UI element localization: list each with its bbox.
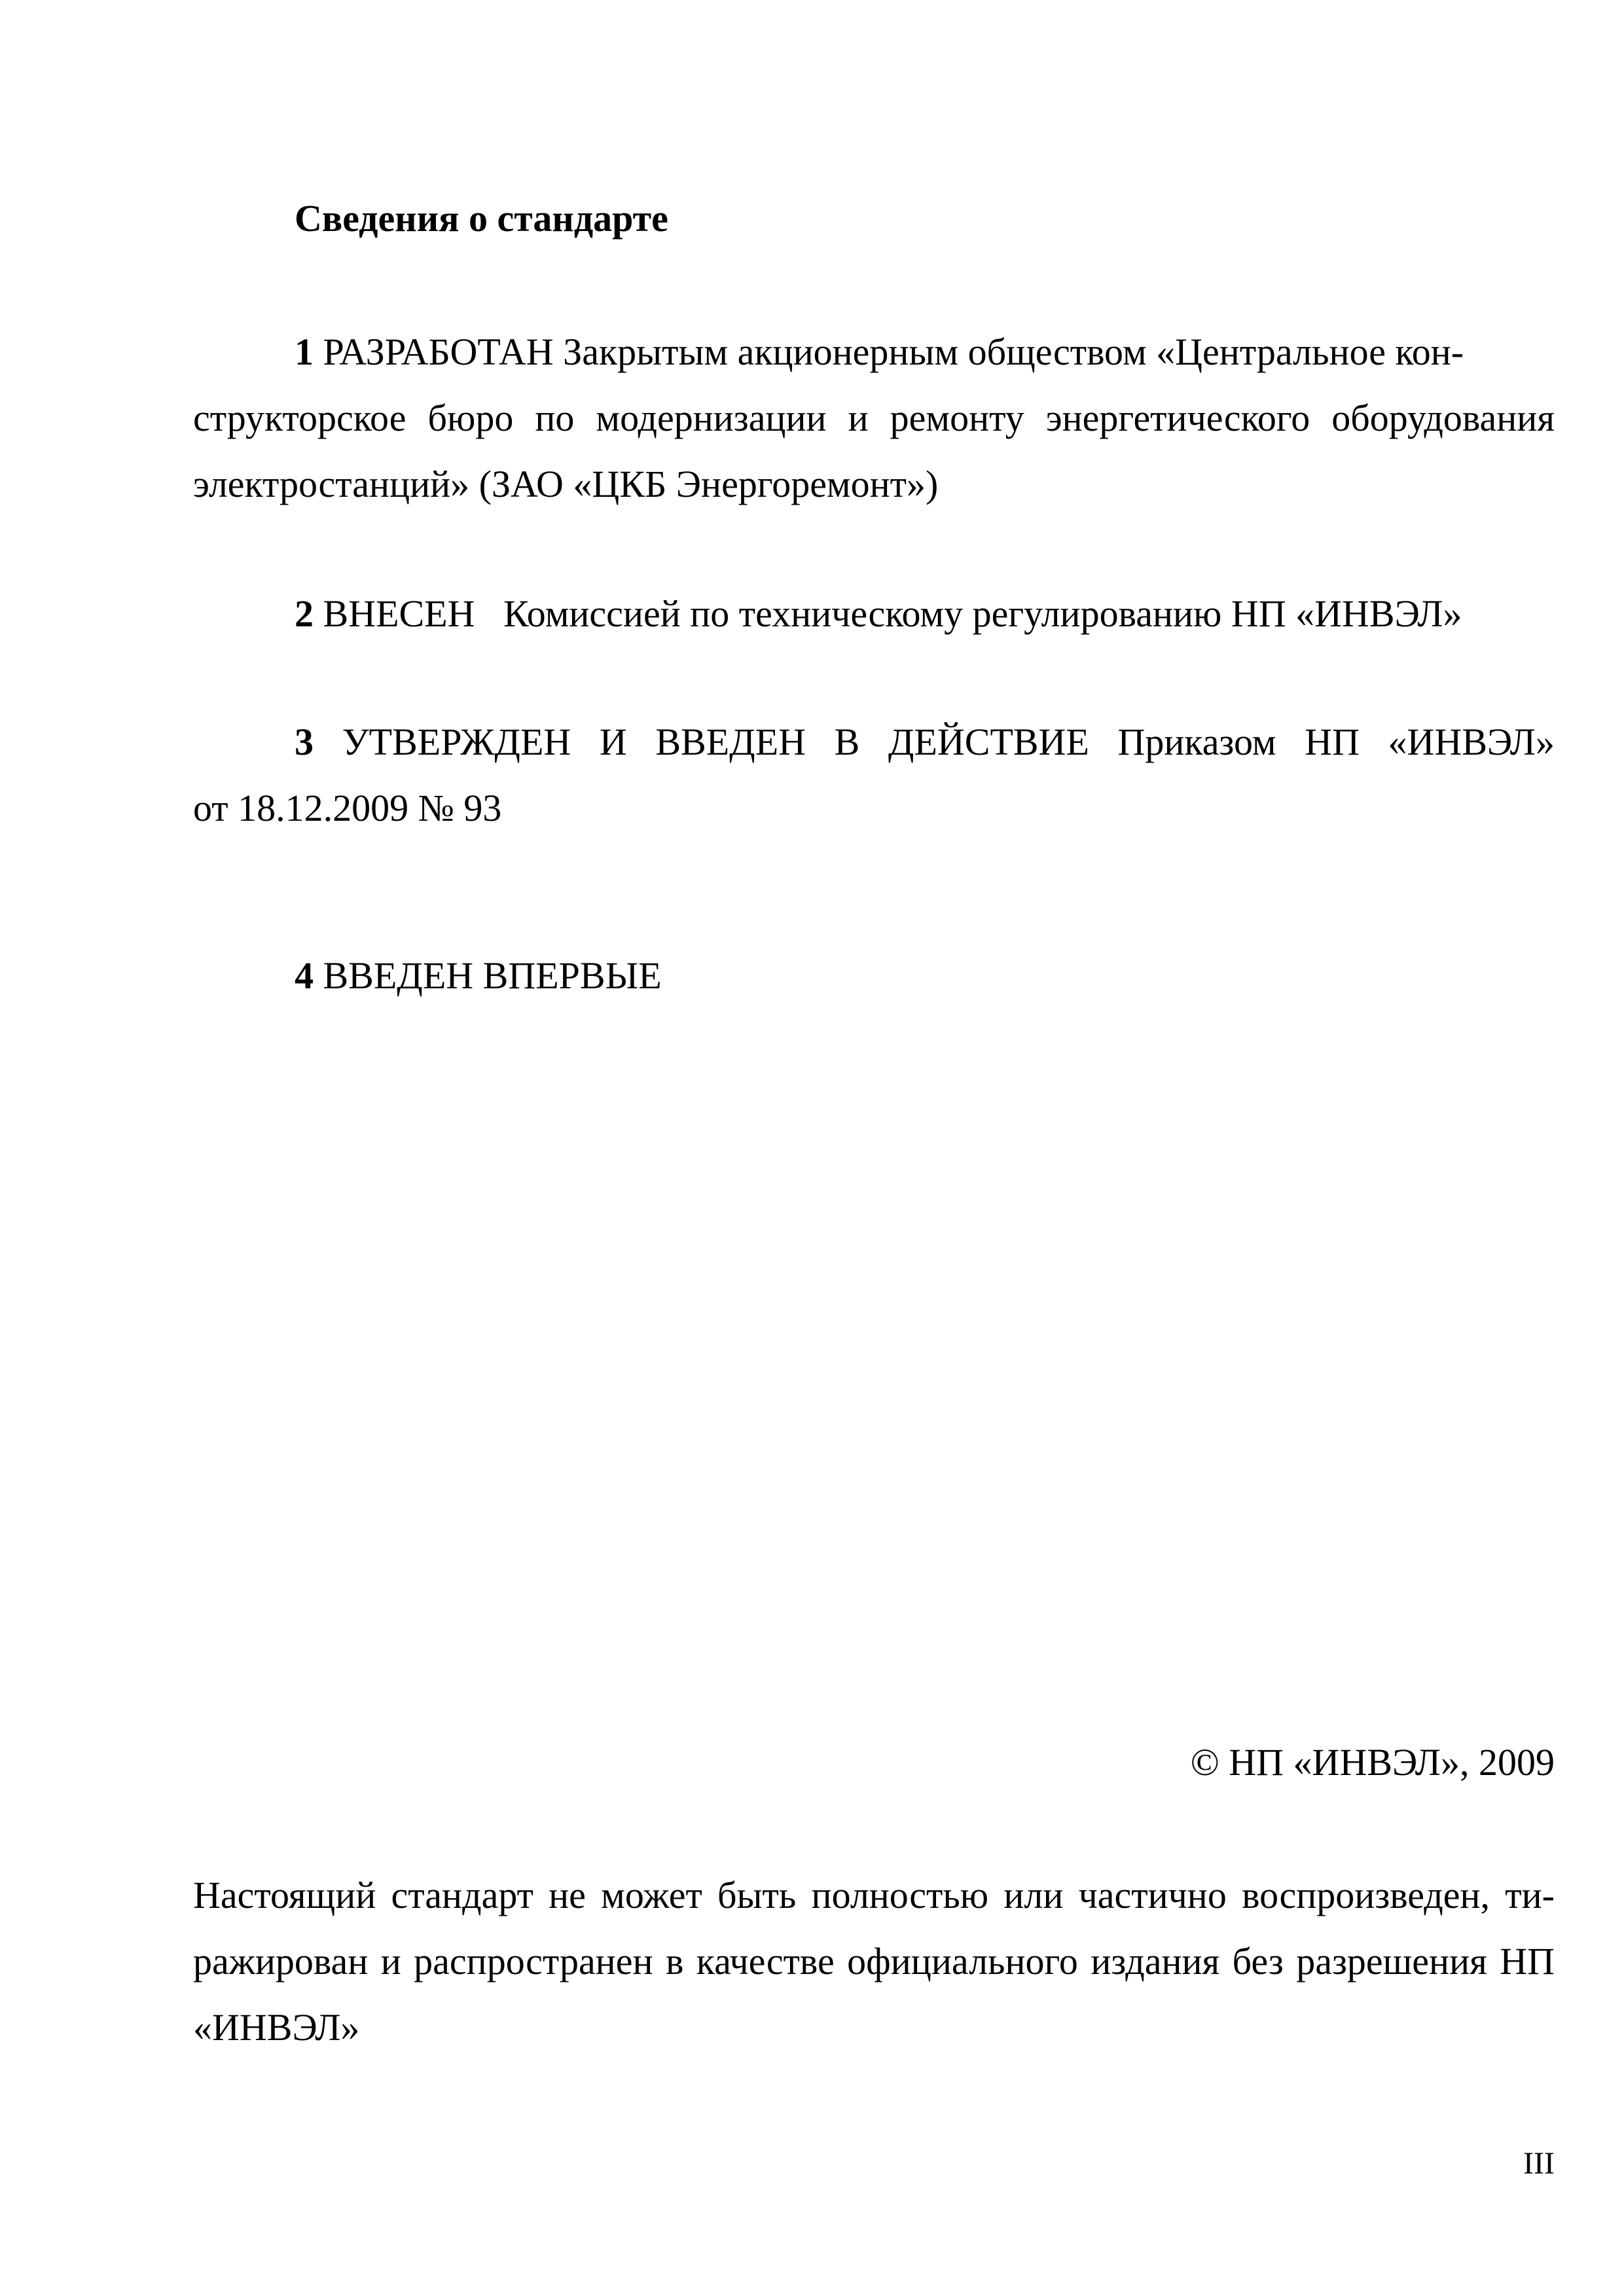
item-number: 1 xyxy=(295,331,314,373)
reproduction-notice: Настоящий стандарт не может быть полност… xyxy=(193,1862,1555,2060)
item-number: 4 xyxy=(295,954,314,997)
info-item-line: 1 РАЗРАБОТАН Закрытым акционерным общест… xyxy=(193,319,1555,385)
info-item-line: 4 ВВЕДЕН ВПЕРВЫЕ xyxy=(193,942,1555,1009)
notice-line: «ИНВЭЛ» xyxy=(193,1994,1555,2060)
info-item-line: от 18.12.2009 № 93 xyxy=(193,775,1555,841)
copyright-notice: © НП «ИНВЭЛ», 2009 xyxy=(193,1729,1555,1795)
item-number: 2 xyxy=(295,592,314,635)
info-item-line: 2 ВНЕСЕН Комиссией по техническому регул… xyxy=(193,581,1555,647)
info-item-submitted: 2 ВНЕСЕН Комиссией по техническому регул… xyxy=(193,581,1555,647)
section-heading: Сведения о стандарте xyxy=(193,185,1555,251)
info-item-first-introduced: 4 ВВЕДЕН ВПЕРВЫЕ xyxy=(193,942,1555,1009)
document-page: Сведения о стандарте 1 РАЗРАБОТАН Закрыт… xyxy=(0,0,1624,2296)
page-number: III xyxy=(193,2130,1555,2197)
info-item-line: структорское бюро по модернизации и ремо… xyxy=(193,385,1555,451)
info-item-approved: 3 УТВЕРЖДЕН И ВВЕДЕН В ДЕЙСТВИЕ Приказом… xyxy=(193,709,1555,841)
notice-line: ражирован и распространен в качестве офи… xyxy=(193,1928,1555,1994)
item-number: 3 xyxy=(295,721,314,763)
info-item-line: электростанций» (ЗАО «ЦКБ Энергоремонт») xyxy=(193,451,1555,517)
notice-line: Настоящий стандарт не может быть полност… xyxy=(193,1862,1555,1928)
info-item-developed: 1 РАЗРАБОТАН Закрытым акционерным общест… xyxy=(193,319,1555,517)
info-item-line: 3 УТВЕРЖДЕН И ВВЕДЕН В ДЕЙСТВИЕ Приказом… xyxy=(193,709,1555,775)
